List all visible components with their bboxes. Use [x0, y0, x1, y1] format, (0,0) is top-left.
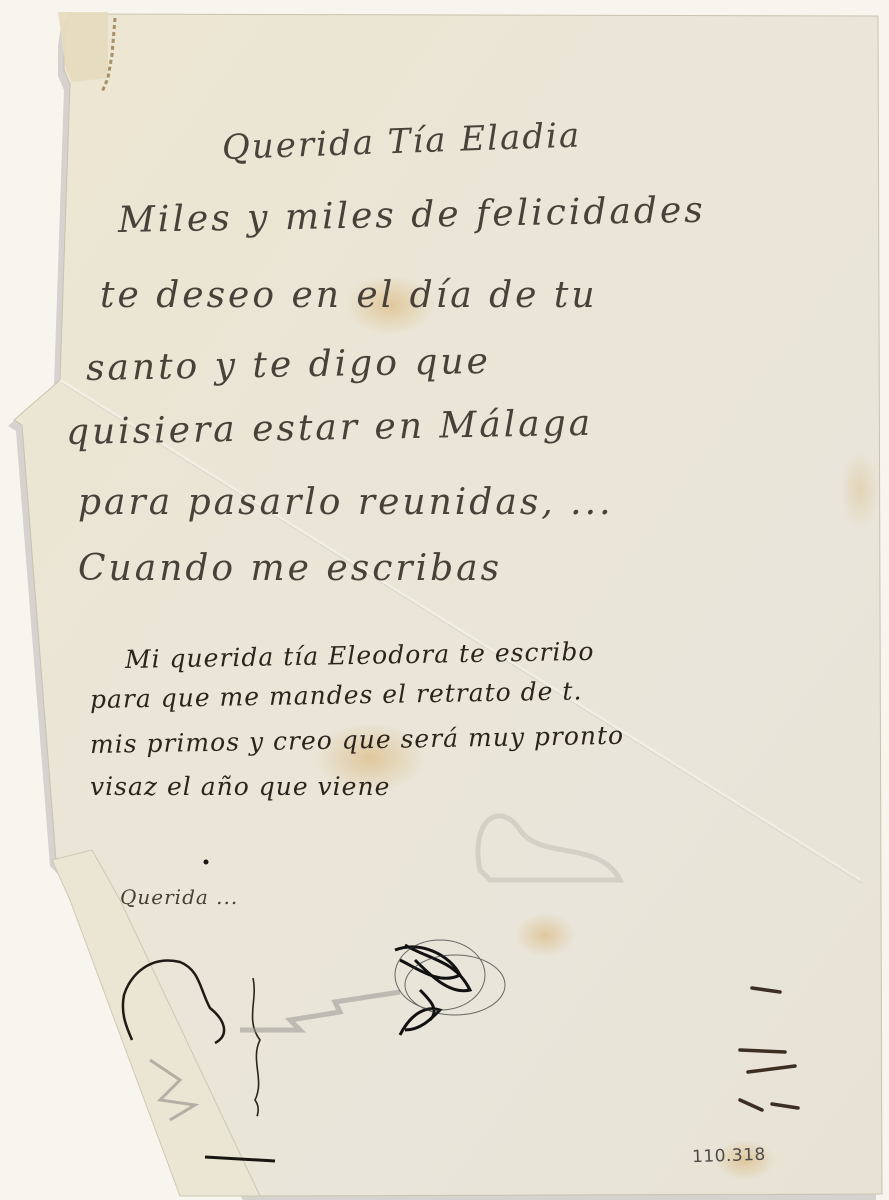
- letter-closing: Querida ...: [120, 885, 238, 909]
- paper-sheet: [0, 0, 889, 1200]
- catalog-number: 110.318: [692, 1145, 766, 1168]
- letter-line: Cuando me escribas: [78, 548, 502, 589]
- document-viewer: Querida Tía Eladia Miles y miles de feli…: [0, 0, 889, 1200]
- letter-line: para pasarlo reunidas, ...: [78, 482, 614, 523]
- letter-line: te deseo en el día de tu: [100, 275, 598, 316]
- letter-line: santo y te digo que: [86, 341, 492, 389]
- letter-line: visaz el año que viene: [90, 772, 390, 801]
